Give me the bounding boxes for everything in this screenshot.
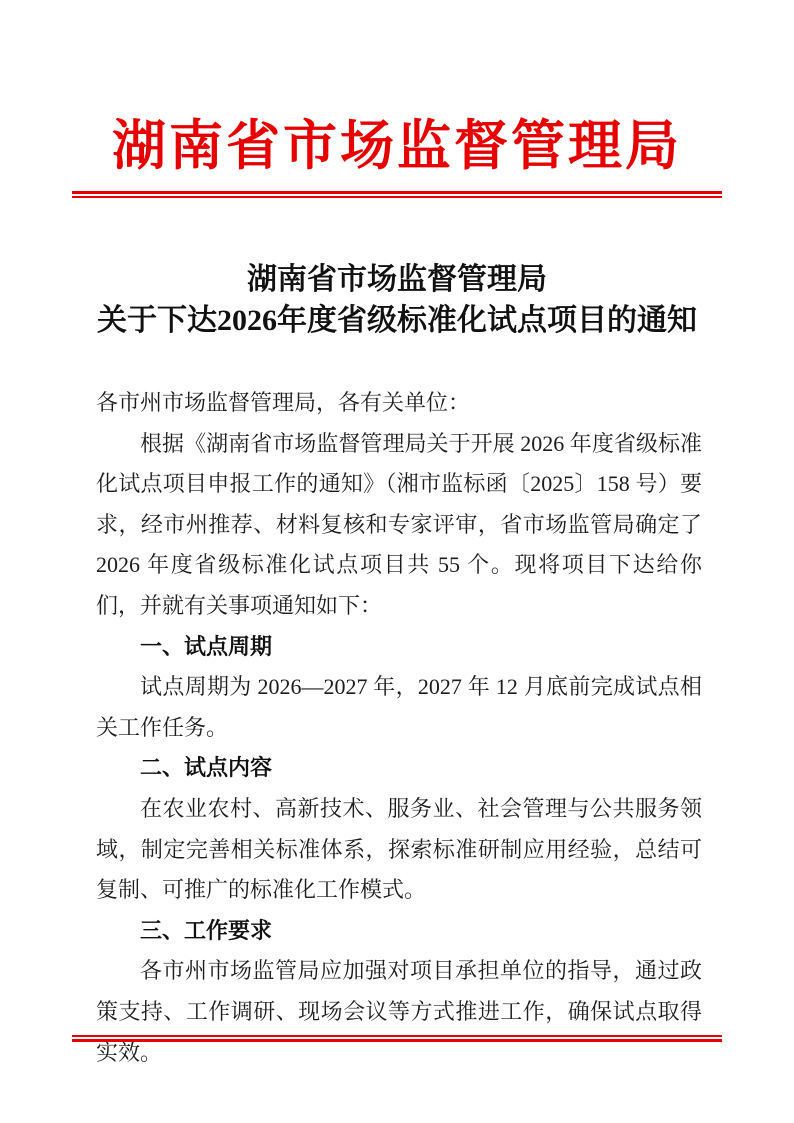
section-2-heading: 二、试点内容 (96, 748, 702, 789)
section-1-heading: 一、试点周期 (96, 627, 702, 668)
section-1-text: 试点周期为 2026—2027 年，2027 年 12 月底前完成试点相关工作任… (96, 667, 702, 748)
section-3-heading: 三、工作要求 (96, 911, 702, 952)
document-body: 各市州市场监督管理局，各有关单位： 根据《湖南省市场监督管理局关于开展 2026… (96, 383, 702, 1073)
agency-header: 湖南省市场监督管理局 (0, 110, 794, 182)
document-title: 湖南省市场监督管理局 关于下达2026年度省级标准化试点项目的通知 (0, 259, 794, 341)
header-divider (72, 191, 722, 198)
document-page: 湖南省市场监督管理局 湖南省市场监督管理局 关于下达2026年度省级标准化试点项… (0, 0, 794, 1123)
section-2-text: 在农业农村、高新技术、服务业、社会管理与公共服务领域，制定完善相关标准体系，探索… (96, 789, 702, 911)
document-title-line1: 湖南省市场监督管理局 (0, 259, 794, 300)
section-3-text: 各市州市场监管局应加强对项目承担单位的指导，通过政策支持、工作调研、现场会议等方… (96, 951, 702, 1073)
salutation: 各市州市场监督管理局，各有关单位： (96, 383, 702, 424)
footer-divider (72, 1035, 722, 1042)
document-title-line2: 关于下达2026年度省级标准化试点项目的通知 (0, 300, 794, 341)
intro-paragraph: 根据《湖南省市场监督管理局关于开展 2026 年度省级标准化试点项目申报工作的通… (96, 424, 702, 627)
